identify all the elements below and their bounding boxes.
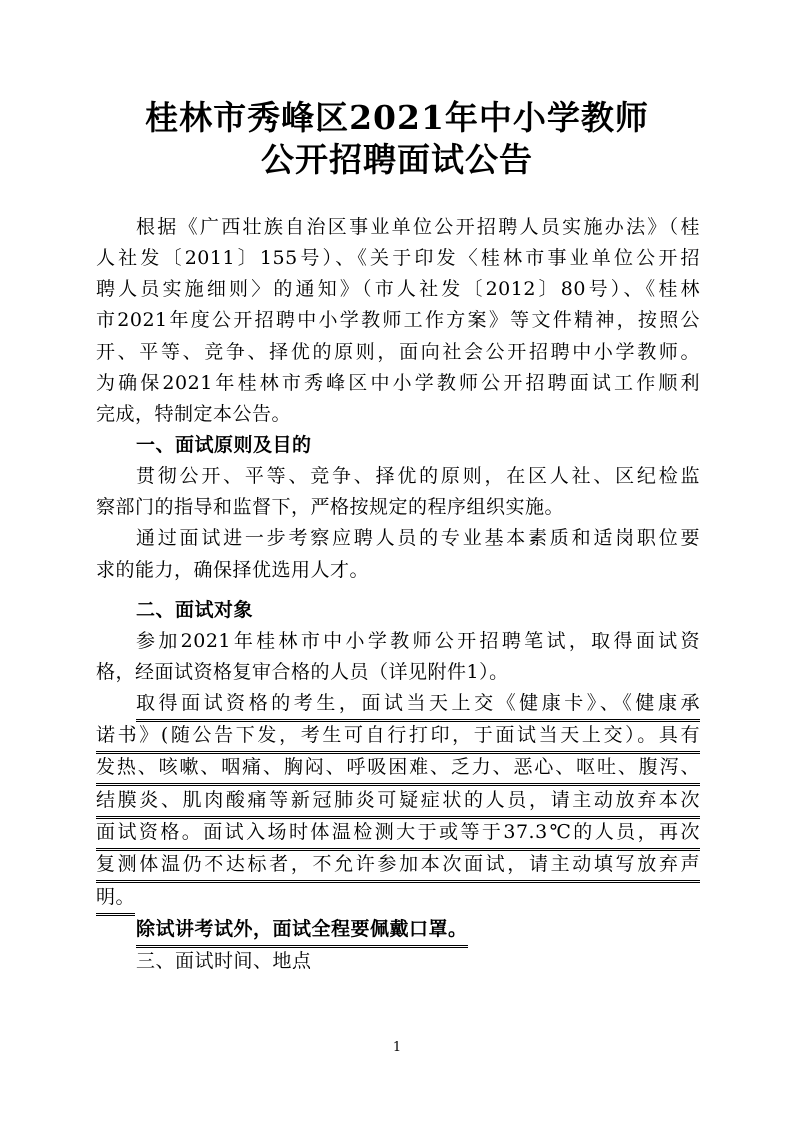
health-notice-line: 结膜炎、肌肉酸痛等新冠肺炎可疑症状的人员，请主动放弃本次 <box>96 785 700 819</box>
document-title-line2: 公开招聘面试公告 <box>0 140 794 180</box>
intro-line: 市2021年度公开招聘中小学教师工作方案》等文件精神，按照公 <box>96 305 700 336</box>
section3-heading: 三、面试时间、地点 <box>136 946 312 977</box>
section1-heading: 一、面试原则及目的 <box>136 430 312 461</box>
document-title-line1: 桂林市秀峰区2021年中小学教师 <box>0 98 794 138</box>
section2-para-line: 格，经面试资格复审合格的人员（详见附件1）。 <box>96 657 509 688</box>
section2-heading: 二、面试对象 <box>136 595 253 626</box>
health-notice-line: 诺书》(随公告下发，考生可自行打印，于面试当天上交）。具有 <box>96 720 700 754</box>
intro-line: 聘人员实施细则〉的通知》（市人社发〔2012〕80号）、《桂林 <box>96 274 700 305</box>
section2-para-line: 参加2021年桂林市中小学教师公开招聘笔试，取得面试资 <box>136 626 700 657</box>
section1-para-line: 察部门的指导和监督下，严格按规定的程序组织实施。 <box>96 492 564 523</box>
page-number: 1 <box>0 1040 794 1055</box>
section1-para-line: 通过面试进一步考察应聘人员的专业基本素质和适岗职位要 <box>136 523 700 554</box>
section1-para-line: 贯彻公开、平等、竞争、择优的原则，在区人社、区纪检监 <box>136 461 700 492</box>
intro-line: 人社发〔2011〕155号）、《关于印发〈桂林市事业单位公开招 <box>96 243 700 274</box>
intro-line: 为确保2021年桂林市秀峰区中小学教师公开招聘面试工作顺利 <box>96 368 700 399</box>
mask-notice: 除试讲考试外，面试全程要佩戴口罩。 <box>136 914 468 948</box>
intro-line: 完成，特制定本公告。 <box>96 399 291 430</box>
section1-para-line: 求的能力，确保择优选用人才。 <box>96 555 369 586</box>
health-notice-line: 取得面试资格的考生，面试当天上交《健康卡》、《健康承 <box>136 688 700 722</box>
intro-line: 根据《广西壮族自治区事业单位公开招聘人员实施办法》（桂 <box>136 212 700 243</box>
health-notice-line: 发热、咳嗽、咽痛、胸闷、呼吸困难、乏力、恶心、呕吐、腹泻、 <box>96 752 700 786</box>
health-notice-line: 明。 <box>96 882 135 916</box>
health-notice-line: 面试资格。面试入场时体温检测大于或等于37.3℃的人员，再次 <box>96 817 700 851</box>
document-page: 桂林市秀峰区2021年中小学教师 公开招聘面试公告 根据《广西壮族自治区事业单位… <box>0 0 794 1123</box>
health-notice-line: 复测体温仍不达标者，不允许参加本次面试，请主动填写放弃声 <box>96 849 700 883</box>
intro-line: 开、平等、竞争、择优的原则，面向社会公开招聘中小学教师。 <box>96 337 700 368</box>
